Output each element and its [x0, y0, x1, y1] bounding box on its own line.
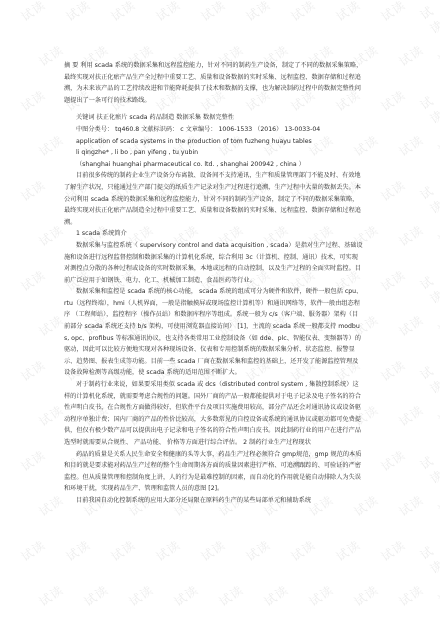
watermark-text: 试读 [395, 491, 426, 520]
abstract-text: 利用 scada 系统的数据采集和远程监控能力，针对不同的制药生产设备，制定了不… [64, 62, 362, 104]
watermark-text: 试读 [107, 0, 138, 25]
watermark-text: 试读 [434, 316, 440, 351]
watermark-text: 试读 [35, 401, 66, 430]
watermark-text: 试读 [350, 581, 381, 610]
document-page: 摘 要 利用 scada 系统的数据采集和远程监控能力，针对不同的制药生产设备，… [64, 60, 364, 507]
watermark-text: 试读 [377, 446, 408, 475]
watermark-text: 试读 [35, 491, 66, 520]
section2-paragraph-1: 药品的质量是关系人民生命安全和健康的头等大事，药品生产过程必须符合 gmp规范，… [64, 449, 364, 495]
watermark-text: 试读 [197, 536, 228, 565]
watermark-text: 试读 [434, 406, 440, 441]
keywords-label: 关键词 [76, 114, 95, 121]
classification: 中图分类号： tq460.8 文献标识码： c 文章编号： 1006-1533 … [64, 124, 364, 136]
watermark-text: 试读 [417, 451, 440, 487]
watermark-text: 试读 [287, 536, 318, 565]
watermark-text: 试读 [125, 581, 156, 610]
watermark-text: 试读 [434, 136, 440, 171]
watermark-text: 试读 [434, 586, 440, 620]
watermark-text: 试读 [377, 86, 408, 115]
watermark-text: 试读 [287, 0, 318, 25]
section1-heading: 1 scada 系统简介 [64, 228, 364, 240]
watermark-text: 试读 [62, 536, 93, 565]
watermark-text: 试读 [17, 536, 48, 565]
watermark-text: 试读 [152, 536, 183, 565]
watermark-text: 试读 [80, 581, 111, 610]
english-authors: li qingzhe* , li bo , pan yifeng , tu yu… [64, 147, 364, 159]
abstract-label: 摘 要 [64, 62, 78, 69]
watermark-text: 试读 [395, 401, 426, 430]
watermark-text: 试读 [35, 581, 66, 610]
watermark-text: 试读 [17, 266, 48, 295]
watermark-text: 试读 [260, 581, 291, 610]
english-affiliation: （shanghai huanghai pharmaceutical co. lt… [64, 159, 364, 171]
watermark-text: 试读 [377, 0, 408, 25]
watermark-text: 试读 [17, 356, 48, 385]
watermark-text: 试读 [62, 0, 93, 25]
watermark-text: 试读 [417, 1, 440, 37]
watermark-text: 试读 [197, 0, 228, 25]
watermark-text: 试读 [395, 221, 426, 250]
watermark-text: 试读 [377, 266, 408, 295]
watermark-text: 试读 [395, 131, 426, 160]
watermark-text: 试读 [152, 0, 183, 25]
watermark-text: 试读 [377, 176, 408, 205]
watermark-text: 试读 [434, 226, 440, 261]
watermark-text: 试读 [242, 0, 273, 25]
watermark-text: 试读 [377, 356, 408, 385]
english-title: application of scada systems in the prod… [64, 136, 364, 148]
watermark-text: 试读 [417, 91, 440, 127]
watermark-text: 试读 [35, 41, 66, 70]
watermark-text: 试读 [35, 131, 66, 160]
watermark-text: 试读 [17, 446, 48, 475]
watermark-text: 试读 [17, 0, 48, 25]
watermark-text: 试读 [35, 221, 66, 250]
watermark-text: 试读 [332, 0, 363, 25]
watermark-text: 试读 [395, 581, 426, 610]
watermark-text: 试读 [417, 271, 440, 307]
section1-paragraph-1: 数据采集与监控系统（ supervisory control and data … [64, 240, 364, 286]
watermark-text: 试读 [35, 311, 66, 340]
watermark-text: 试读 [395, 41, 426, 70]
abstract: 摘 要 利用 scada 系统的数据采集和远程监控能力，针对不同的制药生产设备，… [64, 60, 364, 106]
watermark-text: 试读 [215, 581, 246, 610]
watermark-text: 试读 [305, 581, 336, 610]
section2-paragraph-2: 目前我国自动化控制系统的应用大部分还局限在原料药生产的某些局部单元和辅助系统 [64, 495, 364, 507]
watermark-text: 试读 [434, 496, 440, 531]
keywords-items: 扶正化瘀片 scada 药品制造 数据采集 数据完整性 [97, 114, 234, 121]
watermark-text: 试读 [377, 536, 408, 565]
watermark-text: 试读 [417, 361, 440, 397]
watermark-text: 试读 [242, 536, 273, 565]
watermark-text: 试读 [417, 181, 440, 217]
section1-paragraph-3: 对于制药行业来说，如果要采用类似 scada 或 dcs（distributed… [64, 379, 364, 449]
watermark-text: 试读 [434, 46, 440, 81]
watermark-text: 试读 [332, 536, 363, 565]
watermark-text: 试读 [395, 311, 426, 340]
watermark-text: 试读 [417, 541, 440, 577]
watermark-text: 试读 [17, 86, 48, 115]
watermark-text: 试读 [107, 536, 138, 565]
section1-paragraph-2: 数据采集和监控是 scada 系统的核心功能， scada 系统的组成可分为硬件… [64, 286, 364, 379]
watermark-text: 试读 [170, 581, 201, 610]
keywords: 关键词 扶正化瘀片 scada 药品制造 数据采集 数据完整性 [64, 112, 364, 124]
watermark-text: 试读 [17, 176, 48, 205]
intro-paragraph: 目前很多传统的制药企业生产设备分布离散、设备间不支持通讯，生产和质量管理部门不能… [64, 170, 364, 228]
